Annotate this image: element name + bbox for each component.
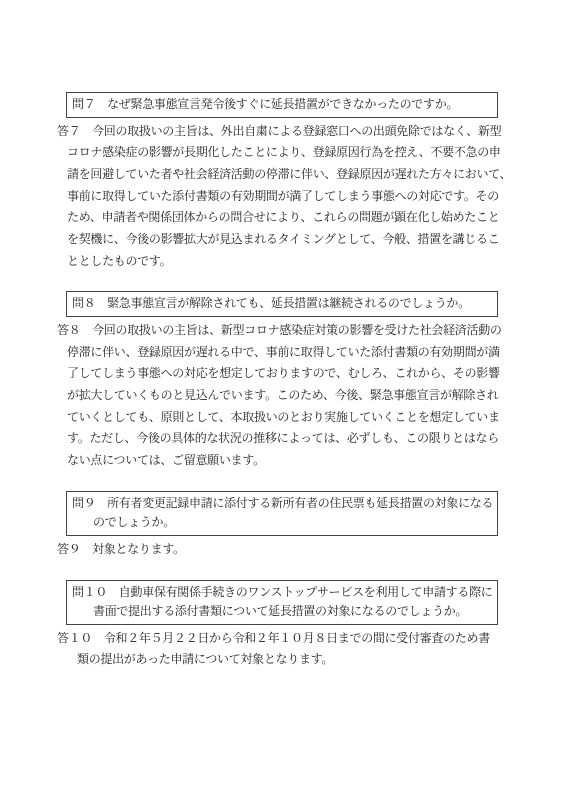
answer-7-line-4: 事前に取得していた添付書類の有効期間が満了してしまう事態への対応です。その <box>57 186 509 208</box>
answer-8-line-3: 了してしまう事態への対応を想定しておりますので、むしろ、これから、その影響 <box>57 363 509 385</box>
answer-7-line-3: 請を回避していた者や社会経済活動の停滞に伴い、登録原因が遅れた方々において、 <box>57 164 509 186</box>
question-7-line-1: 問７ なぜ緊急事態宣言発令後すぐに延長措置ができなかったのですか。 <box>72 95 493 115</box>
answer-paragraph-7: 答７ 今回の取扱いの主旨は、外出自粛による登録窓口への出頭免除ではなく、新型 コ… <box>57 121 509 273</box>
answer-paragraph-10: 答１０ 令和２年５月２２日から令和２年１０月８日までの間に受付審査のため書 類の… <box>57 628 509 671</box>
answer-7-line-7: ととしたものです。 <box>57 251 509 273</box>
question-8-line-1: 問８ 緊急事態宣言が解除されても、延長措置は継続されるのでしょうか。 <box>72 294 493 314</box>
question-box-8: 問８ 緊急事態宣言が解除されても、延長措置は継続されるのでしょうか。 <box>66 291 498 317</box>
question-box-7: 問７ なぜ緊急事態宣言発令後すぐに延長措置ができなかったのですか。 <box>66 92 498 118</box>
question-10-line-2: 書面で提出する添付書類について延長措置の対象になるのでしょうか。 <box>72 602 493 622</box>
answer-8-line-7: ない点については、ご留意願います。 <box>57 450 509 472</box>
answer-7-line-1: 答７ 今回の取扱いの主旨は、外出自粛による登録窓口への出頭免除ではなく、新型 <box>57 121 509 143</box>
answer-9-line-1: 答９ 対象となります。 <box>57 539 509 561</box>
answer-paragraph-9: 答９ 対象となります。 <box>57 539 509 561</box>
answer-7-line-5: ため、申請者や関係団体からの問合せにより、これらの問題が顕在化し始めたこと <box>57 207 509 229</box>
answer-7-line-6: を契機に、今後の影響拡大が見込まれるタイミングとして、今般、措置を講じるこ <box>57 229 509 251</box>
question-10-line-1: 問１０ 自動車保有関係手続きのワンストップサービスを利用して申請する際に <box>72 583 493 603</box>
document-content: 問７ なぜ緊急事態宣言発令後すぐに延長措置ができなかったのですか。 答７ 今回の… <box>57 92 509 671</box>
answer-10-line-1: 答１０ 令和２年５月２２日から令和２年１０月８日までの間に受付審査のため書 <box>57 628 509 650</box>
question-box-10: 問１０ 自動車保有関係手続きのワンストップサービスを利用して申請する際に 書面で… <box>66 580 498 625</box>
answer-7-line-2: コロナ感染症の影響が長期化したことにより、登録原因行為を控え、不要不急の申 <box>57 142 509 164</box>
answer-10-line-2: 類の提出があった申請について対象となります。 <box>57 649 509 671</box>
answer-8-line-6: す。ただし、今後の具体的な状況の推移によっては、必ずしも、この限りとはなら <box>57 428 509 450</box>
document-page: 問７ なぜ緊急事態宣言発令後すぐに延長措置ができなかったのですか。 答７ 今回の… <box>0 0 566 800</box>
answer-paragraph-8: 答８ 今回の取扱いの主旨は、新型コロナ感染症対策の影響を受けた社会経済活動の 停… <box>57 320 509 472</box>
answer-8-line-2: 停滞に伴い、登録原因が遅れる中で、事前に取得していた添付書類の有効期間が満 <box>57 342 509 364</box>
question-box-9: 問９ 所有者変更記録申請に添付する新所有者の住民票も延長措置の対象になる のでし… <box>66 491 498 536</box>
question-9-line-2: のでしょうか。 <box>72 513 493 533</box>
answer-8-line-5: ていくとしても、原則として、本取扱いのとおり実施していくことを想定していま <box>57 407 509 429</box>
question-9-line-1: 問９ 所有者変更記録申請に添付する新所有者の住民票も延長措置の対象になる <box>72 494 493 514</box>
qa-block-8: 問８ 緊急事態宣言が解除されても、延長措置は継続されるのでしょうか。 答８ 今回… <box>57 291 509 471</box>
qa-block-7: 問７ なぜ緊急事態宣言発令後すぐに延長措置ができなかったのですか。 答７ 今回の… <box>57 92 509 272</box>
answer-8-line-4: が拡大していくものと見込んでいます。このため、今後、緊急事態宣言が解除され <box>57 385 509 407</box>
qa-block-10: 問１０ 自動車保有関係手続きのワンストップサービスを利用して申請する際に 書面で… <box>57 580 509 671</box>
qa-block-9: 問９ 所有者変更記録申請に添付する新所有者の住民票も延長措置の対象になる のでし… <box>57 491 509 561</box>
answer-8-line-1: 答８ 今回の取扱いの主旨は、新型コロナ感染症対策の影響を受けた社会経済活動の <box>57 320 509 342</box>
